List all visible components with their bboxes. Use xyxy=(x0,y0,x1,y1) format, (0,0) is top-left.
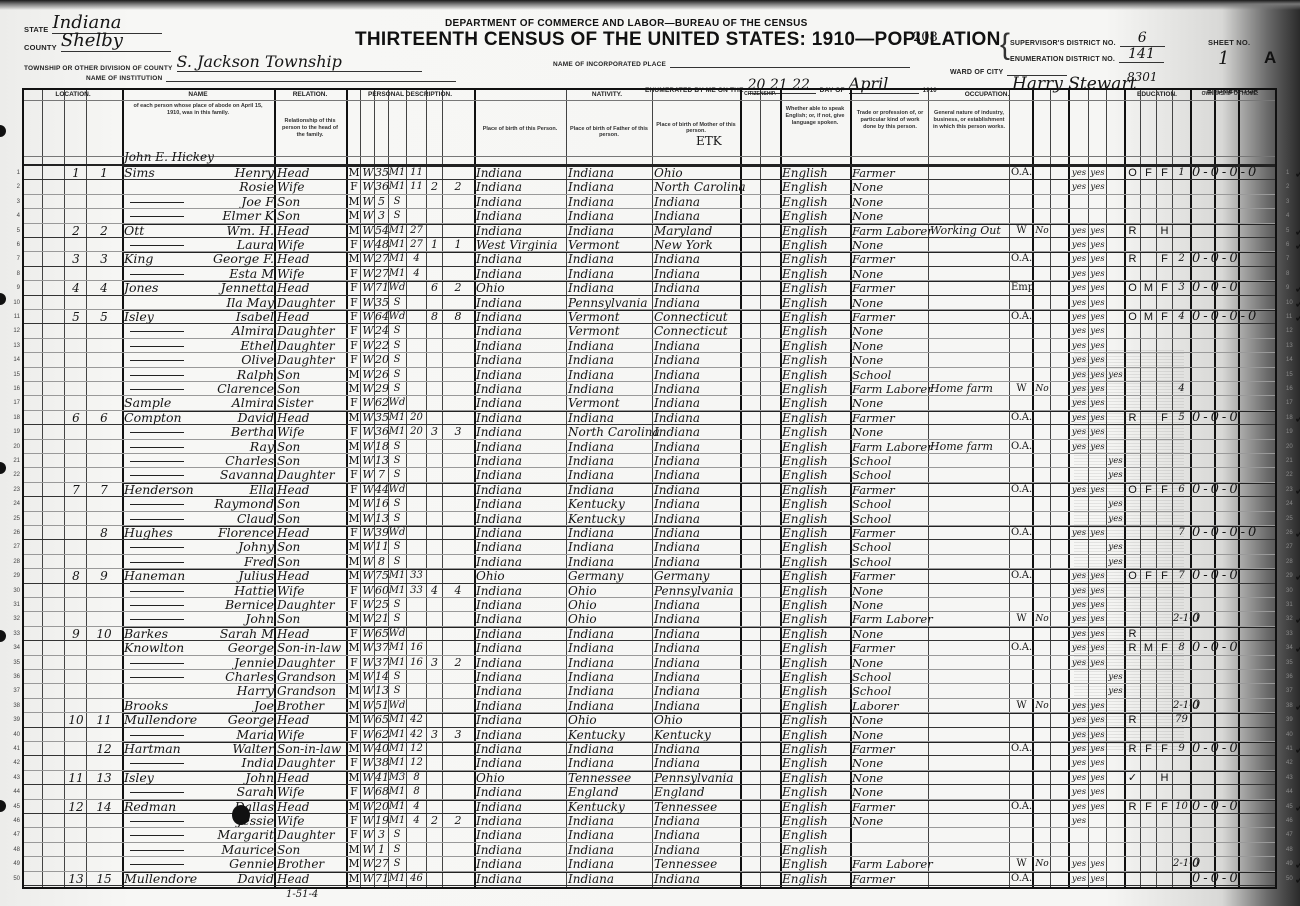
sex: M xyxy=(348,569,360,583)
years-married: 12 xyxy=(407,742,426,756)
occupation-industry xyxy=(930,843,1009,857)
children-born: 1 xyxy=(427,238,442,252)
birthplace-father: Indiana xyxy=(568,195,652,209)
sex: F xyxy=(348,468,360,482)
family-number xyxy=(90,612,118,626)
occupation-trade: Farm Laborer xyxy=(852,382,928,396)
children-born xyxy=(427,411,442,425)
birthplace-mother: Indiana xyxy=(654,627,740,641)
attended-school xyxy=(1107,324,1124,338)
children-born xyxy=(427,828,442,842)
sex: M xyxy=(348,857,360,871)
sex: M xyxy=(348,166,360,180)
dwelling-number: 3 xyxy=(68,252,84,266)
veteran-blind-deaf: 0-0-0 xyxy=(1192,281,1270,295)
marital-status: S xyxy=(388,195,406,209)
birthplace-person: Indiana xyxy=(476,483,566,497)
marital-status: M1 xyxy=(388,800,406,814)
unemployed xyxy=(1034,872,1050,886)
surname xyxy=(124,339,194,353)
veteran-blind-deaf xyxy=(1192,324,1270,338)
language: English xyxy=(782,828,850,842)
binding-hole xyxy=(0,293,6,305)
occupation-trade: Farmer xyxy=(852,526,928,540)
birthplace-person: Indiana xyxy=(476,713,566,727)
ditto-dash xyxy=(130,519,184,520)
language: English xyxy=(782,670,850,684)
worker-class xyxy=(1011,756,1032,770)
can-read xyxy=(1070,684,1088,698)
family-number xyxy=(90,728,118,742)
farm-or-house xyxy=(1157,425,1172,439)
veteran-blind-deaf xyxy=(1192,267,1270,281)
table-row: 37 Harry Grandson M W 13 S Indiana India… xyxy=(24,684,1275,698)
table-row: 42 India Daughter F W 38 M1 12 Indiana I… xyxy=(24,756,1275,770)
children-living xyxy=(444,756,472,770)
line-number-right: 33 xyxy=(1286,627,1300,641)
ditto-dash xyxy=(130,331,184,332)
years-married xyxy=(407,598,426,612)
line-number: 46 xyxy=(8,814,20,828)
group-personal-description: PERSONAL DESCRIPTION. xyxy=(346,91,474,98)
language: English xyxy=(782,627,850,641)
farm-or-house xyxy=(1157,756,1172,770)
ditto-dash xyxy=(130,375,184,376)
age: 62 xyxy=(375,396,388,410)
birthplace-person: Indiana xyxy=(476,555,566,569)
marital-status: S xyxy=(388,382,406,396)
surname xyxy=(124,843,194,857)
birthplace-person: Indiana xyxy=(476,540,566,554)
children-living: 2 xyxy=(444,814,472,828)
race: W xyxy=(362,540,374,554)
birthplace-person: Indiana xyxy=(476,468,566,482)
children-living xyxy=(444,828,472,842)
sex: M xyxy=(348,368,360,382)
ditto-dash xyxy=(130,663,184,664)
birthplace-person: Indiana xyxy=(476,785,566,799)
birthplace-mother: Germany xyxy=(654,569,740,583)
farm-or-house xyxy=(1157,540,1172,554)
can-write: yes xyxy=(1089,353,1106,367)
group-citizenship: CITIZENSHIP. xyxy=(740,91,780,97)
attended-school xyxy=(1107,785,1124,799)
birthplace-person: Indiana xyxy=(476,339,566,353)
relation: Wife xyxy=(277,425,345,439)
owned-or-rented: O xyxy=(1125,569,1140,583)
occupation-trade: None xyxy=(852,339,928,353)
given-name: John xyxy=(192,612,276,626)
marital-status: Wd xyxy=(388,627,406,641)
birthplace-person: West Virginia xyxy=(476,238,566,252)
sex: F xyxy=(348,296,360,310)
dwelling-number: 13 xyxy=(68,872,84,886)
worker-class: O.A. xyxy=(1011,440,1032,454)
attended-school xyxy=(1107,656,1124,670)
unemployed: No xyxy=(1034,857,1050,871)
relation: Head xyxy=(277,872,345,886)
free-or-mortgaged: M xyxy=(1141,310,1156,324)
family-number xyxy=(90,353,118,367)
given-name: Esta M xyxy=(192,267,276,281)
birthplace-mother: Indiana xyxy=(654,872,740,886)
given-name: Raymond xyxy=(192,497,276,511)
dwelling-number: 4 xyxy=(68,281,84,295)
line-number-right: 15 xyxy=(1286,368,1300,382)
owned-or-rented xyxy=(1125,368,1140,382)
ditto-dash xyxy=(130,389,184,390)
marital-status: S xyxy=(388,440,406,454)
ink-blot xyxy=(232,805,250,825)
informant-name: John E. Hickey xyxy=(124,150,214,164)
owned-or-rented xyxy=(1125,828,1140,842)
birthplace-father: Indiana xyxy=(568,872,652,886)
children-born xyxy=(427,540,442,554)
can-read: yes xyxy=(1070,396,1088,410)
owned-or-rented xyxy=(1125,670,1140,684)
birthplace-mother: Indiana xyxy=(654,814,740,828)
free-or-mortgaged xyxy=(1141,440,1156,454)
free-or-mortgaged: F xyxy=(1141,569,1156,583)
checkmark-icon: ✓ xyxy=(1294,526,1300,540)
occupation-trade: School xyxy=(852,555,928,569)
free-or-mortgaged xyxy=(1141,454,1156,468)
owned-or-rented: R xyxy=(1125,224,1140,238)
farm-or-house: F xyxy=(1157,411,1172,425)
line-number: 37 xyxy=(8,684,20,698)
farm-schedule-number xyxy=(1173,555,1190,569)
children-born xyxy=(427,756,442,770)
family-number xyxy=(90,425,118,439)
occupation-industry xyxy=(930,555,1009,569)
race: W xyxy=(362,396,374,410)
owned-or-rented xyxy=(1125,612,1140,626)
birthplace-mother: Indiana xyxy=(654,684,740,698)
occupation-industry xyxy=(930,756,1009,770)
sex: F xyxy=(348,267,360,281)
given-name: Isabel xyxy=(192,310,276,324)
relation: Daughter xyxy=(277,468,345,482)
free-or-mortgaged xyxy=(1141,396,1156,410)
attended-school xyxy=(1107,411,1124,425)
children-living xyxy=(444,627,472,641)
birthplace-father: Ohio xyxy=(568,584,652,598)
farm-or-house xyxy=(1157,339,1172,353)
free-or-mortgaged xyxy=(1141,843,1156,857)
relation: Head xyxy=(277,800,345,814)
can-write: yes xyxy=(1089,238,1106,252)
language: English xyxy=(782,209,850,223)
age: 35 xyxy=(375,296,388,310)
attended-school xyxy=(1107,425,1124,439)
table-row: 28 Fred Son M W 8 S Indiana Indiana Indi… xyxy=(24,555,1275,569)
attended-school xyxy=(1107,310,1124,324)
occupation-trade: Farmer xyxy=(852,742,928,756)
birthplace-mother: Indiana xyxy=(654,195,740,209)
surname xyxy=(124,857,194,871)
family-number: 14 xyxy=(90,800,118,814)
relation: Daughter xyxy=(277,598,345,612)
language: English xyxy=(782,324,850,338)
veteran-blind-deaf xyxy=(1192,497,1270,511)
family-number xyxy=(90,324,118,338)
children-born xyxy=(427,454,442,468)
age: 16 xyxy=(375,497,388,511)
line-number: 35 xyxy=(8,656,20,670)
farm-or-house xyxy=(1157,526,1172,540)
relation: Son xyxy=(277,209,345,223)
free-or-mortgaged xyxy=(1141,267,1156,281)
language: English xyxy=(782,440,850,454)
occupation-industry xyxy=(930,468,1009,482)
dwelling-number xyxy=(68,612,84,626)
given-name: India xyxy=(192,756,276,770)
birthplace-mother: Indiana xyxy=(654,440,740,454)
marital-status: S xyxy=(388,540,406,554)
unemployed xyxy=(1034,195,1050,209)
age: 40 xyxy=(375,742,388,756)
attended-school xyxy=(1107,252,1124,266)
free-or-mortgaged xyxy=(1141,252,1156,266)
relation: Wife xyxy=(277,814,345,828)
marital-status: Wd xyxy=(388,699,406,713)
language: English xyxy=(782,224,850,238)
occupation-industry xyxy=(930,612,1009,626)
language: English xyxy=(782,353,850,367)
dwelling-number xyxy=(68,598,84,612)
unemployed xyxy=(1034,180,1050,194)
owned-or-rented xyxy=(1125,440,1140,454)
birthplace-father: England xyxy=(568,785,652,799)
years-married xyxy=(407,828,426,842)
can-write xyxy=(1089,512,1106,526)
years-married xyxy=(407,454,426,468)
can-write: yes xyxy=(1089,440,1106,454)
age: 5 xyxy=(375,195,388,209)
race: W xyxy=(362,857,374,871)
surname xyxy=(124,382,194,396)
footer-note: 1-51-4 xyxy=(286,889,318,900)
dwelling-number xyxy=(68,857,84,871)
language: English xyxy=(782,310,850,324)
line-number-right: 21 xyxy=(1286,454,1300,468)
free-or-mortgaged xyxy=(1141,339,1156,353)
relation: Son xyxy=(277,440,345,454)
farm-schedule-number: 9 xyxy=(1173,742,1190,756)
checkmark-icon: ✓ xyxy=(1294,296,1300,310)
table-row: 29 8 9 Haneman Julius Head M W 75 M1 33 … xyxy=(24,569,1275,583)
sex: M xyxy=(348,454,360,468)
language: English xyxy=(782,843,850,857)
children-born xyxy=(427,684,442,698)
can-write: yes xyxy=(1089,872,1106,886)
attended-school xyxy=(1107,800,1124,814)
worker-class: W xyxy=(1011,612,1032,626)
free-or-mortgaged xyxy=(1141,771,1156,785)
attended-school xyxy=(1107,238,1124,252)
group-nativity: NATIVITY. xyxy=(474,91,740,98)
birthplace-father: Vermont xyxy=(568,310,652,324)
unemployed xyxy=(1034,670,1050,684)
relation: Brother xyxy=(277,857,345,871)
occupation-trade xyxy=(852,828,928,842)
occupation-trade: Laborer xyxy=(852,699,928,713)
farm-schedule-number xyxy=(1173,584,1190,598)
race: W xyxy=(362,800,374,814)
marital-status: S xyxy=(388,843,406,857)
family-number: 10 xyxy=(90,627,118,641)
ditto-dash xyxy=(130,864,184,865)
language: English xyxy=(782,252,850,266)
birthplace-father: Indiana xyxy=(568,540,652,554)
ditto-dash xyxy=(130,562,184,563)
sex: F xyxy=(348,353,360,367)
occupation-trade: None xyxy=(852,296,928,310)
can-write: yes xyxy=(1089,756,1106,770)
line-number-right: 44 xyxy=(1286,785,1300,799)
dwelling-number xyxy=(68,368,84,382)
occupation-industry xyxy=(930,828,1009,842)
surname xyxy=(124,425,194,439)
occupation-industry xyxy=(930,267,1009,281)
census-page: STATE Indiana COUNTY Shelby TOWNSHIP OR … xyxy=(0,0,1300,906)
given-name: Ethel xyxy=(192,339,276,353)
occupation-trade: None xyxy=(852,713,928,727)
farm-schedule-number xyxy=(1173,598,1190,612)
birthplace-mother: Indiana xyxy=(654,454,740,468)
farm-or-house xyxy=(1157,828,1172,842)
family-number xyxy=(90,540,118,554)
attended-school xyxy=(1107,814,1124,828)
surname: Mullendore xyxy=(124,872,194,886)
sex: F xyxy=(348,756,360,770)
farm-or-house xyxy=(1157,454,1172,468)
birthplace-mother: Indiana xyxy=(654,526,740,540)
can-read: yes xyxy=(1070,569,1088,583)
unemployed xyxy=(1034,656,1050,670)
worker-class: O.A. xyxy=(1011,800,1032,814)
children-living xyxy=(444,195,472,209)
birthplace-mother: Indiana xyxy=(654,296,740,310)
marital-status: S xyxy=(388,468,406,482)
birthplace-father: Indiana xyxy=(568,468,652,482)
age: 8 xyxy=(375,555,388,569)
age: 71 xyxy=(375,872,388,886)
worker-class xyxy=(1011,713,1032,727)
ditto-dash xyxy=(130,432,184,433)
table-row: 43 11 13 Isley John Head M W 41 M3 8 Ohi… xyxy=(24,771,1275,785)
line-number-right: 39 xyxy=(1286,713,1300,727)
children-living: 1 xyxy=(444,238,472,252)
table-row: 12 Almira Daughter F W 24 S Indiana Verm… xyxy=(24,324,1275,338)
owned-or-rented xyxy=(1125,512,1140,526)
farm-schedule-number: 6 xyxy=(1173,483,1190,497)
age: 35 xyxy=(375,411,388,425)
unemployed xyxy=(1034,324,1050,338)
line-number: 24 xyxy=(8,497,20,511)
children-born xyxy=(427,612,442,626)
years-married xyxy=(407,368,426,382)
sex: M xyxy=(348,252,360,266)
given-name: George xyxy=(192,641,276,655)
language: English xyxy=(782,281,850,295)
worker-class: O.A. xyxy=(1011,569,1032,583)
line-number-right: 30 xyxy=(1286,584,1300,598)
sex: F xyxy=(348,584,360,598)
veteran-blind-deaf xyxy=(1192,396,1270,410)
relation: Son xyxy=(277,454,345,468)
birthplace-person: Indiana xyxy=(476,598,566,612)
worker-class xyxy=(1011,368,1032,382)
birthplace-person: Indiana xyxy=(476,814,566,828)
race: W xyxy=(362,742,374,756)
occupation-trade: School xyxy=(852,684,928,698)
language: English xyxy=(782,540,850,554)
occupation-trade: School xyxy=(852,670,928,684)
line-number: 31 xyxy=(8,598,20,612)
can-read: yes xyxy=(1070,368,1088,382)
unemployed xyxy=(1034,684,1050,698)
occupation-trade: None xyxy=(852,180,928,194)
line-number-right: 24 xyxy=(1286,497,1300,511)
years-married: 11 xyxy=(407,166,426,180)
worker-class xyxy=(1011,771,1032,785)
language: English xyxy=(782,483,850,497)
race: W xyxy=(362,843,374,857)
veteran-blind-deaf: 0-0-0-0 xyxy=(1192,526,1270,540)
attended-school xyxy=(1107,828,1124,842)
children-living xyxy=(444,742,472,756)
birthplace-father: Indiana xyxy=(568,742,652,756)
birthplace-father: Indiana xyxy=(568,828,652,842)
children-born xyxy=(427,670,442,684)
worker-class xyxy=(1011,656,1032,670)
children-born xyxy=(427,195,442,209)
attended-school xyxy=(1107,195,1124,209)
can-write: yes xyxy=(1089,800,1106,814)
checkmark-icon: ✓ xyxy=(1294,281,1300,295)
farm-schedule-number xyxy=(1173,540,1190,554)
years-married xyxy=(407,382,426,396)
marital-status: M1 xyxy=(388,569,406,583)
marital-status: S xyxy=(388,598,406,612)
children-born: 3 xyxy=(427,425,442,439)
children-born xyxy=(427,166,442,180)
race: W xyxy=(362,310,374,324)
sex: F xyxy=(348,310,360,324)
free-or-mortgaged xyxy=(1141,382,1156,396)
table-row: 6 Laura Wife F W 48 M1 27 1 1 West Virgi… xyxy=(24,238,1275,252)
worker-class xyxy=(1011,555,1032,569)
free-or-mortgaged xyxy=(1141,728,1156,742)
children-born xyxy=(427,512,442,526)
line-number-right: 12 xyxy=(1286,324,1300,338)
worker-class: W xyxy=(1011,857,1032,871)
age: 13 xyxy=(375,684,388,698)
attended-school xyxy=(1107,396,1124,410)
dwelling-number xyxy=(68,656,84,670)
birthplace-mother: New York xyxy=(654,238,740,252)
age: 19 xyxy=(375,814,388,828)
children-living xyxy=(444,468,472,482)
farm-or-house: H xyxy=(1157,224,1172,238)
unemployed: No xyxy=(1034,699,1050,713)
occupation-trade: Farm Laborer xyxy=(852,440,928,454)
can-write xyxy=(1089,540,1106,554)
marital-status: S xyxy=(388,555,406,569)
sex: M xyxy=(348,872,360,886)
attended-school xyxy=(1107,296,1124,310)
